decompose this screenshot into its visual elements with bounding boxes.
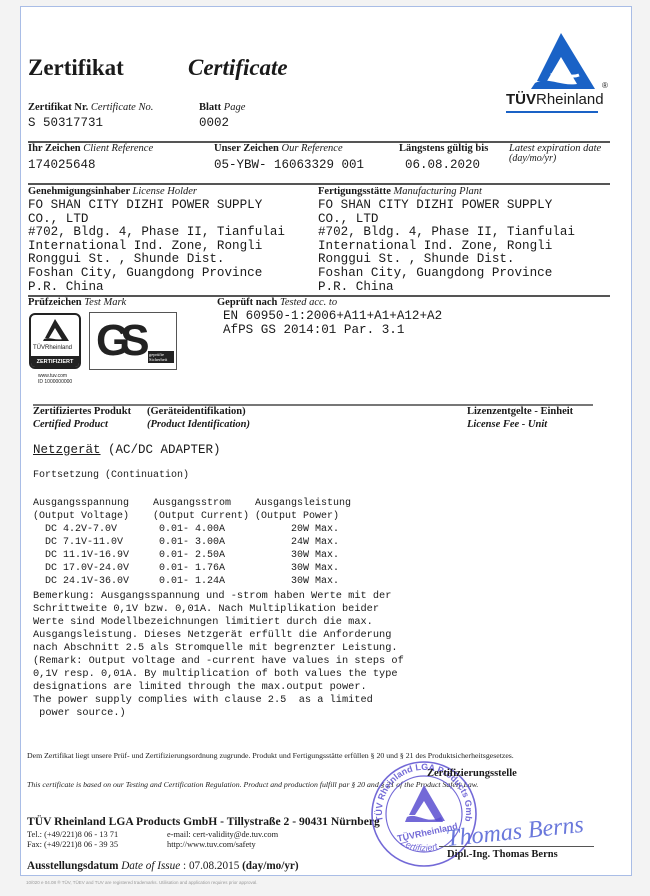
product-id-label-en: (Product Identification) <box>147 419 250 430</box>
title-en: Certificate <box>188 55 288 81</box>
license-holder-address: FO SHAN CITY DIZHI POWER SUPPLY CO., LTD… <box>28 199 285 294</box>
product-name: Netzgerät (AC/DC ADAPTER) <box>33 443 221 457</box>
expiry-label-de: Längstens gültig bis <box>399 143 488 154</box>
tested-label: Geprüft nach Tested acc. to <box>217 297 337 308</box>
tuv-mark-brand: TÜVRheinland <box>33 345 72 351</box>
our-ref-label: Unser Zeichen Our Reference <box>214 143 343 154</box>
page-number: 0002 <box>199 116 229 130</box>
gs-caption: geprüfte Sicherheit <box>148 351 174 363</box>
expiry-format: (day/mo/yr) <box>509 153 556 164</box>
email-link[interactable]: cert-validity@de.tuv.com <box>193 830 278 839</box>
company-address: TÜV Rheinland LGA Products GmbH - Tillys… <box>27 815 380 828</box>
manufacturing-plant-address: FO SHAN CITY DIZHI POWER SUPPLY CO., LTD… <box>318 199 575 294</box>
signatory-name: Dipl.-Ing. Thomas Berns <box>447 849 558 860</box>
registered-mark: ® <box>602 81 608 90</box>
product-id-label-de: (Geräteidentifikation) <box>147 406 246 417</box>
tested-standards: EN 60950-1:2006+A11+A1+A12+A2 AfPS GS 20… <box>223 310 442 337</box>
divider <box>28 183 610 185</box>
cert-no-label: Zertifikat Nr. Certificate No. <box>28 102 153 113</box>
product-label-de: Zertifiziertes Produkt <box>33 406 131 417</box>
product-label-en: Certified Product <box>33 419 108 430</box>
license-holder-label: Genehmigungsinhaber License Holder <box>28 186 197 197</box>
print-note: 10/020 e 04.08 ® TÜV, TÜEV and TUV are r… <box>26 880 258 885</box>
gs-mark-glyph: GS <box>96 315 140 367</box>
certification-body-label: Zertifizierungsstelle <box>427 768 517 779</box>
tuv-certified-mark: TÜVRheinland ZERTIFIZIERT <box>29 313 81 369</box>
certificate-page: Zertifikat Certificate TÜVRheinland ® Ze… <box>20 6 632 876</box>
logo-underline <box>506 111 598 113</box>
title-de: Zertifikat <box>28 55 124 81</box>
logo-wordmark: TÜVRheinland <box>506 91 604 108</box>
license-fee-label-en: License Fee - Unit <box>467 419 547 430</box>
email-line: e-mail: cert-validity@de.tuv.com <box>167 830 278 841</box>
tuv-rheinland-logo: TÜVRheinland ® <box>506 27 616 119</box>
fax-line: Fax: (+49/221)8 06 - 39 35 <box>27 840 118 851</box>
test-mark-label: Prüfzeichen Test Mark <box>28 297 126 308</box>
license-fee-label-de: Lizenzentgelte - Einheit <box>467 406 573 417</box>
output-table: Ausgangsspannung Ausgangsstrom Ausgangsl… <box>33 497 351 588</box>
manufacturing-plant-label: Fertigungsstätte Manufacturing Plant <box>318 186 482 197</box>
test-mark-url: www.tuv.com ID 1000000000 <box>38 373 72 385</box>
gs-mark: GS geprüfte Sicherheit <box>89 312 177 370</box>
signature-line <box>439 846 594 847</box>
tuv-mark-triangle-icon <box>40 318 70 342</box>
our-ref: 05-YBW- 16063329 001 <box>214 158 364 172</box>
continuation-note: Fortsetzung (Continuation) <box>33 470 189 481</box>
page-label: Blatt Page <box>199 102 245 113</box>
tel-line: Tel.: (+49/221)8 06 - 13 71 <box>27 830 118 841</box>
issue-date-line: Ausstellungsdatum Date of Issue : 07.08.… <box>27 860 299 872</box>
website-link[interactable]: http://www.tuv.com/safety <box>167 840 256 851</box>
client-ref: 174025648 <box>28 158 96 172</box>
expiry-date: 06.08.2020 <box>405 158 480 172</box>
client-ref-label: Ihr Zeichen Client Reference <box>28 143 153 154</box>
tuv-mark-badge: ZERTIFIZIERT <box>31 356 79 368</box>
remark-text: Bemerkung: Ausgangsspannung und -strom h… <box>33 590 404 720</box>
cert-no: S 50317731 <box>28 116 103 130</box>
tuv-triangle-icon <box>525 31 597 91</box>
